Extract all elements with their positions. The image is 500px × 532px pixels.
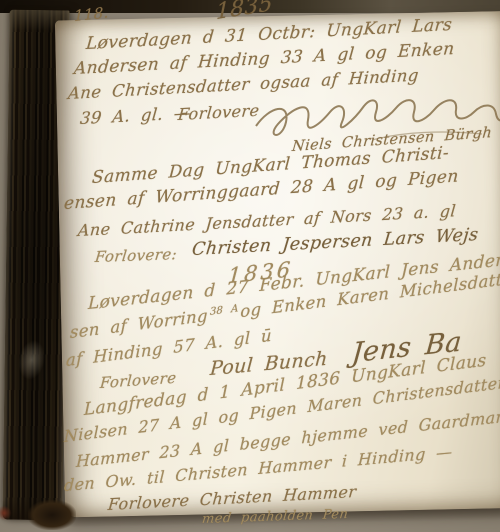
manuscript-scan: 118. 1835 Løverdagen d 31 Octbr: UngKarl… bbox=[0, 0, 500, 532]
binding-highlight bbox=[15, 338, 48, 382]
forlovere-label: Forlovere: bbox=[94, 247, 178, 265]
forlovere-label: Forlovere bbox=[177, 103, 260, 123]
inserted-age: 38 A bbox=[210, 304, 239, 319]
record-line: med paaholden Pen bbox=[201, 508, 349, 526]
page-number: 118. bbox=[74, 5, 109, 24]
binding-corner-blob bbox=[28, 500, 76, 530]
